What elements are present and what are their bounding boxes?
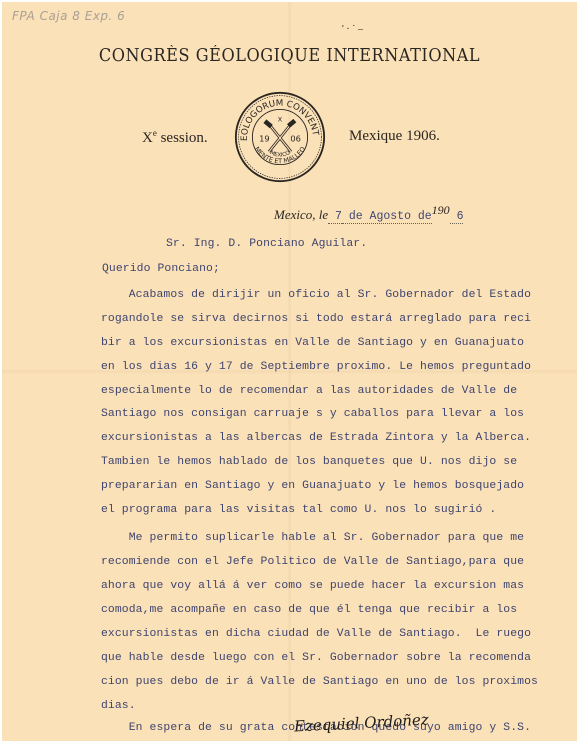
body-line: comoda,me acompañe en caso de que él ten… xyxy=(101,604,517,616)
dateline-place: Mexico, le xyxy=(274,207,328,222)
body-line: bir a los excursionistas en Valle de San… xyxy=(101,337,524,349)
dateline-month: de Agosto de xyxy=(342,210,432,224)
body-line: Tambien le hemos hablado de los banquete… xyxy=(101,456,517,468)
letter-page: FPA Caja 8 Exp. 6 ' · ˙ ‒ CONGRÈS GÉOLOG… xyxy=(2,2,577,741)
dateline-printed-year: 190 xyxy=(432,203,450,217)
body-line: el programa para las visitas tal como U.… xyxy=(101,504,496,516)
svg-text:X: X xyxy=(278,115,283,123)
body-line: dias. xyxy=(101,700,136,712)
body-line: especialmente lo de recomendar a las aut… xyxy=(101,385,517,397)
dateline: Mexico, le 7 de Agosto de190 6 xyxy=(274,203,463,223)
location-year: Mexique 1906. xyxy=(349,128,440,145)
body-line: que hable desde luego con el Sr. Goberna… xyxy=(101,652,531,664)
body-line: cion pues debo de ir á Valle de Santiago… xyxy=(101,676,538,688)
body-line: Santiago nos consigan carruaje s y cabal… xyxy=(101,408,524,420)
body-line: excursionistas a las albercas de Estrada… xyxy=(101,432,531,444)
addressee: Sr. Ing. D. Ponciano Aguilar. xyxy=(166,238,367,250)
letterhead-title: CONGRÈS GÉOLOGIQUE INTERNATIONAL xyxy=(25,46,554,66)
body-line: prepararian en Santiago y en Guanajuato … xyxy=(101,480,524,492)
archive-annotation: FPA Caja 8 Exp. 6 xyxy=(12,9,125,23)
congress-seal-icon: GEOLOGORUM CONVENTUS MENTE ET MALLEO MEX… xyxy=(234,91,326,183)
dateline-year-digit: 6 xyxy=(450,210,464,224)
ink-marks: ' · ˙ ‒ xyxy=(342,24,363,35)
body-line: recomiende con el Jefe Politico de Valle… xyxy=(101,556,524,568)
body-line: excursionistas en dicha ciudad de Valle … xyxy=(101,628,531,640)
session-text: session. xyxy=(157,130,208,146)
svg-text:19: 19 xyxy=(259,134,270,144)
body-line: rogandole se sirva decirnos si todo esta… xyxy=(101,313,531,325)
dateline-day: 7 xyxy=(328,210,342,224)
body-line: ahora que voy allá á ver como se puede h… xyxy=(101,580,524,592)
session-numeral: X xyxy=(142,130,153,146)
salutation: Querido Ponciano; xyxy=(102,263,220,275)
body-line: Acabamos de dirijir un oficio al Sr. Gob… xyxy=(101,289,531,301)
body-line: Me permito suplicarle hable al Sr. Gober… xyxy=(101,532,524,544)
svg-text:06: 06 xyxy=(290,134,301,144)
body-line: en los dias 16 y 17 de Septiembre proxim… xyxy=(101,361,531,373)
session-label: Xe session. xyxy=(142,128,208,147)
